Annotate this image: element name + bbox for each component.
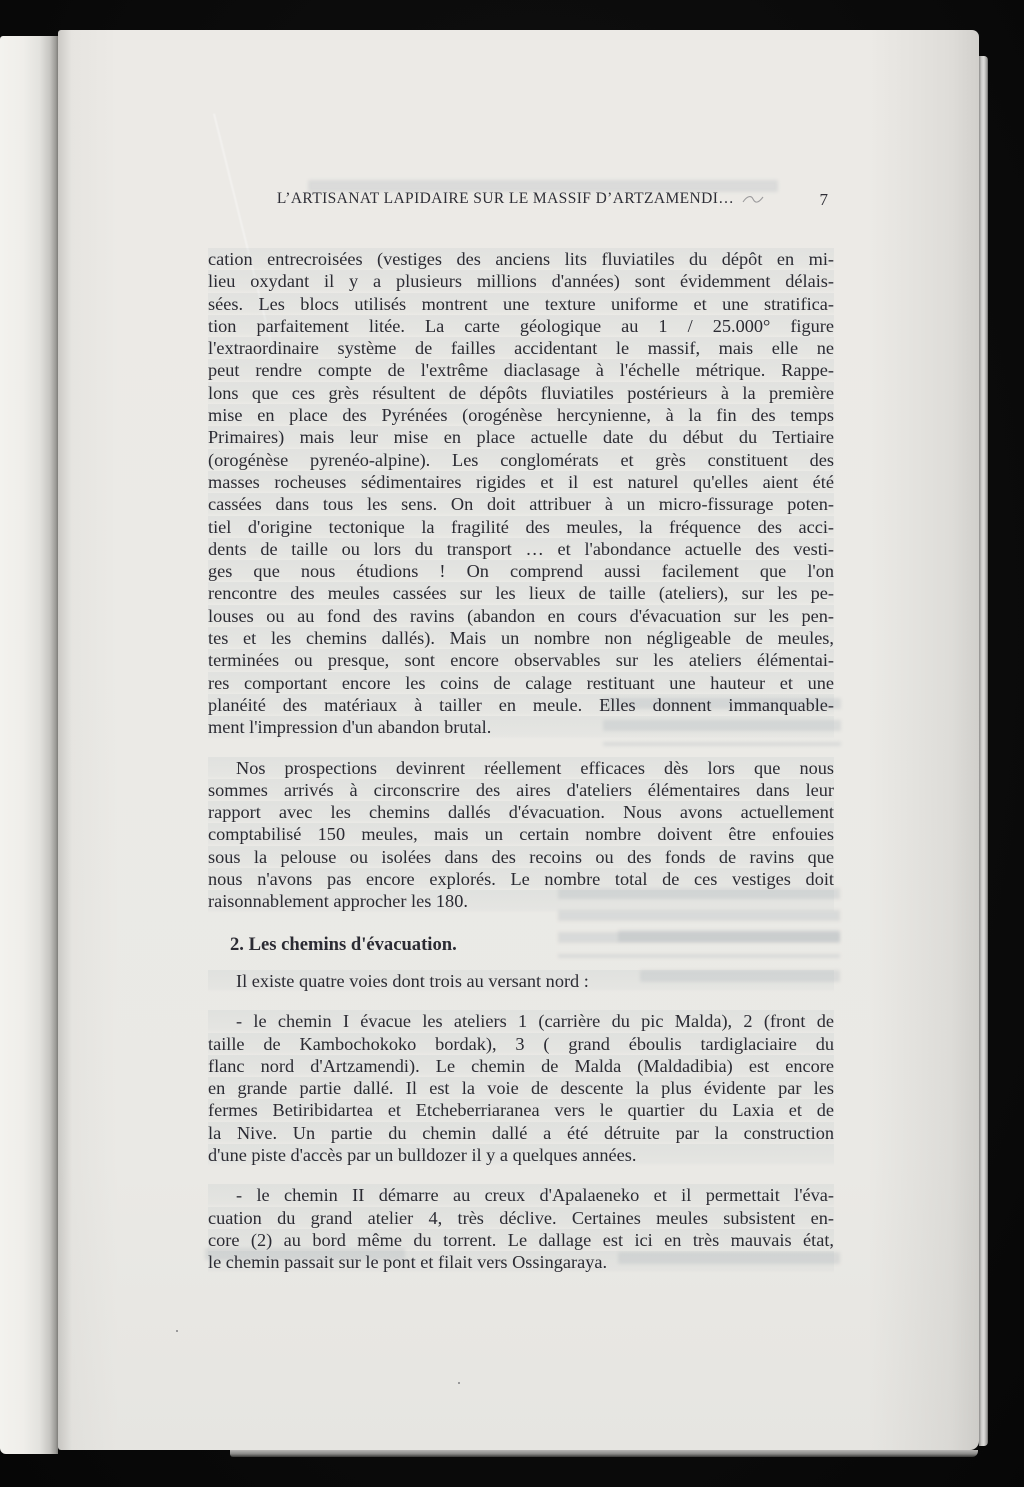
page-title: L’ARTISANAT LAPIDAIRE SUR LE MASSIF D’AR…	[277, 190, 734, 207]
text-line: res comportant encore les coins de calag…	[208, 672, 834, 694]
text-line: louses ou au fond des ravins (abandon en…	[208, 605, 834, 627]
text-line: planéité des matériaux à tailler en meul…	[208, 694, 834, 716]
text-line: raisonnablement approcher les 180.	[208, 890, 834, 912]
book-page: L’ARTISANAT LAPIDAIRE SUR LE MASSIF D’AR…	[58, 30, 979, 1450]
text-line: cassées dans tous les sens. On doit attr…	[208, 493, 834, 515]
facing-page-sliver	[0, 36, 58, 1454]
text-line: 2. Les chemins d'évacuation.	[208, 934, 834, 956]
text-line: l'extraordinaire système de failles acci…	[208, 337, 834, 359]
text-column: cation entrecroisées (vestiges des ancie…	[208, 248, 834, 1273]
text-line: mise en place des Pyrénées (orogénèse he…	[208, 404, 834, 426]
text-line: core (2) au bord même du torrent. Le dal…	[208, 1229, 834, 1251]
text-line: Primaires) mais leur mise en place actue…	[208, 426, 834, 448]
text-line: d'une piste d'accès par un bulldozer il …	[208, 1144, 834, 1166]
text-line: Il existe quatre voies dont trois au ver…	[208, 970, 834, 992]
text-line: - le chemin I évacue les ateliers 1 (car…	[208, 1010, 834, 1032]
text-line: nous n'avons pas encore explorés. Le nom…	[208, 868, 834, 890]
text-line: flanc nord d'Artzamendi). Le chemin de M…	[208, 1055, 834, 1077]
text-line: ment l'impression d'un abandon brutal.	[208, 716, 834, 738]
text-line: sées. Les blocs utilisés montrent une te…	[208, 293, 834, 315]
page-stack-edge-bottom	[230, 1450, 978, 1457]
section-heading: 2. Les chemins d'évacuation.	[208, 934, 834, 956]
text-line: comptabilisé 150 meules, mais un certain…	[208, 823, 834, 845]
page-number: 7	[820, 190, 829, 210]
running-header: L’ARTISANAT LAPIDAIRE SUR LE MASSIF D’AR…	[208, 190, 834, 210]
text-line: peut rendre compte de l'extrême diaclasa…	[208, 359, 834, 381]
text-line: tiel d'origine tectonique la fragilité d…	[208, 516, 834, 538]
paragraph: Il existe quatre voies dont trois au ver…	[208, 970, 834, 992]
paragraph: - le chemin I évacue les ateliers 1 (car…	[208, 1010, 834, 1166]
text-line: la Nive. Un partie du chemin dallé a été…	[208, 1122, 834, 1144]
text-line: tion parfaitement litée. La carte géolog…	[208, 315, 834, 337]
text-line: cation entrecroisées (vestiges des ancie…	[208, 248, 834, 270]
paragraph: Nos prospections devinrent réellement ef…	[208, 757, 834, 913]
page-stack-edge-right	[979, 56, 988, 1446]
text-line: rencontre des meules cassées sur les lie…	[208, 582, 834, 604]
text-line: le chemin passait sur le pont et filait …	[208, 1251, 834, 1273]
text-line: lons que ces grès résultent de dépôts fl…	[208, 382, 834, 404]
text-line: rapport avec les chemins dallés d'évacua…	[208, 801, 834, 823]
dust-speck	[458, 1382, 460, 1384]
text-line: cuation du grand atelier 4, très déclive…	[208, 1207, 834, 1229]
text-line: (orogénèse pyrenéo-alpine). Les conglomé…	[208, 449, 834, 471]
pen-squiggle-mark	[741, 193, 765, 205]
text-line: sous la pelouse ou isolées dans des reco…	[208, 846, 834, 868]
page-content: L’ARTISANAT LAPIDAIRE SUR LE MASSIF D’AR…	[208, 190, 834, 1273]
text-line: terminées ou presque, sont encore observ…	[208, 649, 834, 671]
dust-speck	[176, 1330, 178, 1332]
paragraph: cation entrecroisées (vestiges des ancie…	[208, 248, 834, 739]
text-line: ges que nous étudions ! On comprend auss…	[208, 560, 834, 582]
text-line: taille de Kambochokoko bordak), 3 ( gran…	[208, 1033, 834, 1055]
text-line: masses rocheuses sédimentaires rigides e…	[208, 471, 834, 493]
text-line: Nos prospections devinrent réellement ef…	[208, 757, 834, 779]
text-line: sommes arrivés à circonscrire des aires …	[208, 779, 834, 801]
text-line: en grande partie dallé. Il est la voie d…	[208, 1077, 834, 1099]
text-line: tes et les chemins dallés). Mais un nomb…	[208, 627, 834, 649]
text-line: lieu oxydant il y a plusieurs millions d…	[208, 270, 834, 292]
paragraph: - le chemin II démarre au creux d'Apalae…	[208, 1184, 834, 1273]
text-line: - le chemin II démarre au creux d'Apalae…	[208, 1184, 834, 1206]
text-line: dents de taille ou lors du transport … e…	[208, 538, 834, 560]
text-line: fermes Betiribidartea et Etcheberriarane…	[208, 1099, 834, 1121]
book-scan: L’ARTISANAT LAPIDAIRE SUR LE MASSIF D’AR…	[0, 0, 1024, 1487]
